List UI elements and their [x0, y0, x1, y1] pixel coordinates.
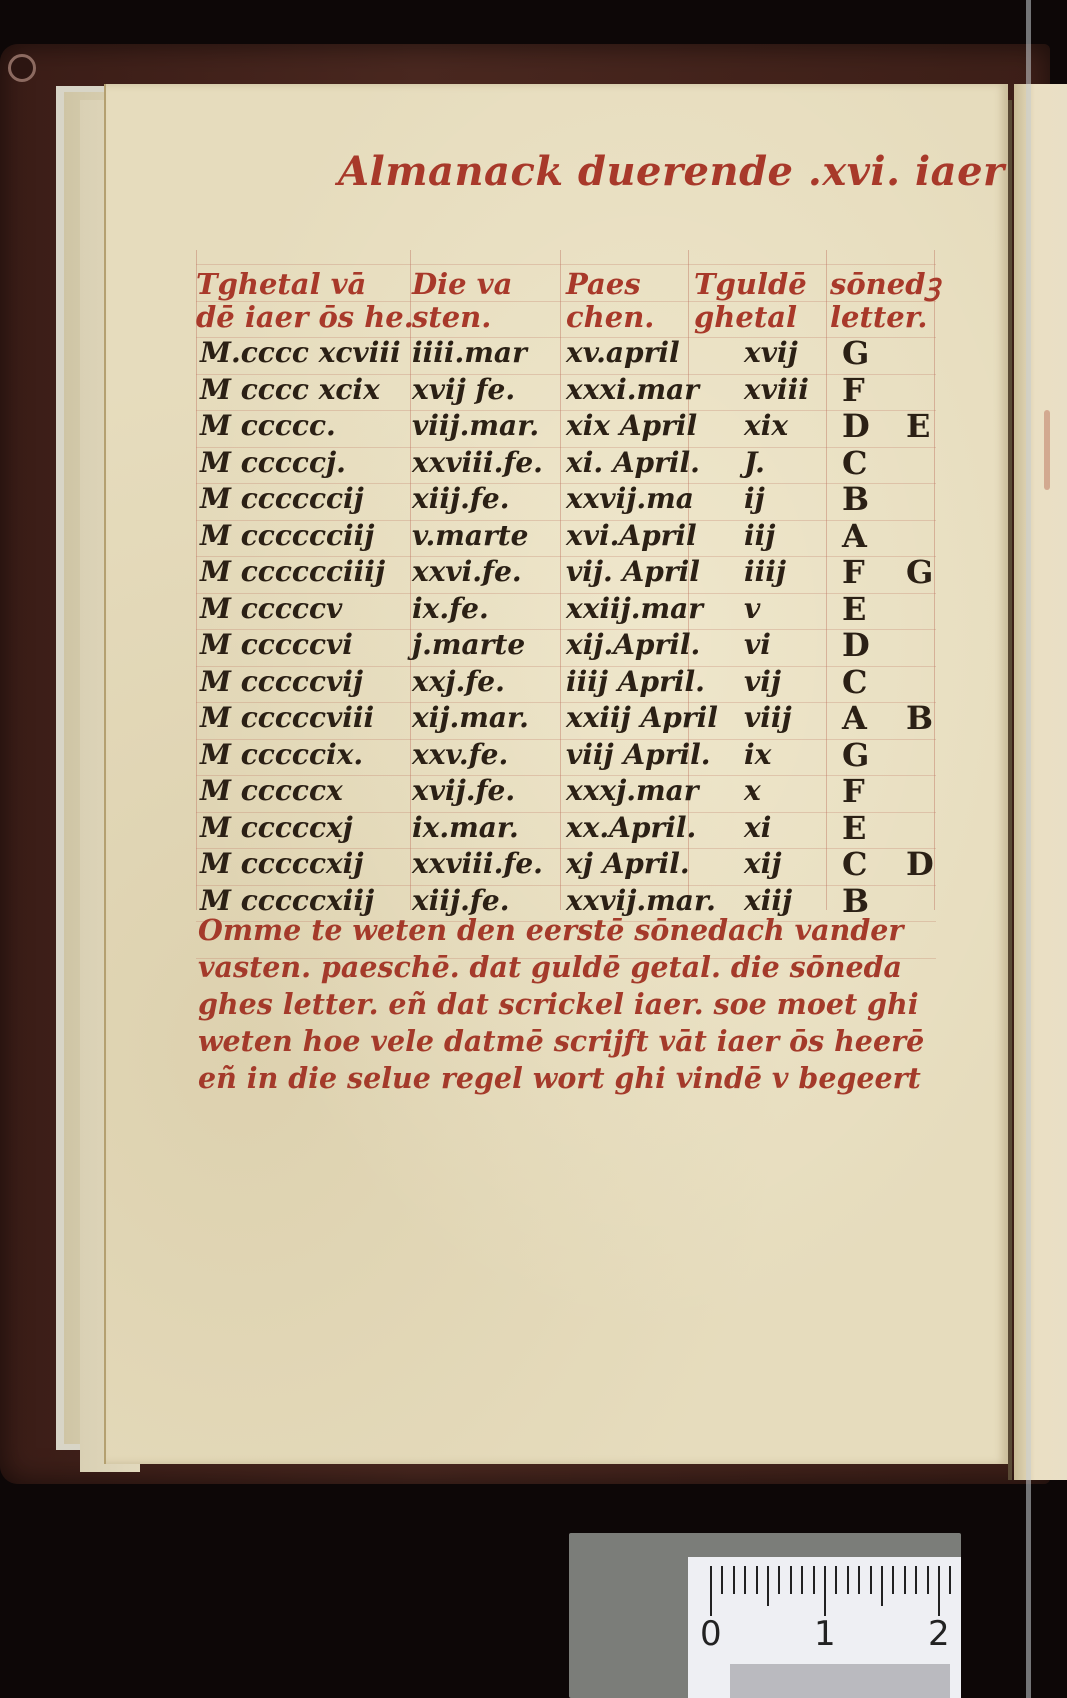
paragraph-line: vasten. paeschē. dat guldē getal. die sō…	[198, 949, 978, 986]
ruler-label-0: 0	[700, 1614, 722, 1654]
cell-easter: iiij April.	[566, 665, 705, 699]
cell-golden: v	[744, 592, 760, 626]
cell-year: M cccccxj	[200, 811, 353, 845]
cell-easter: xxxj.mar	[566, 774, 698, 808]
ruler-tick	[870, 1566, 872, 1594]
cell-golden: xij	[744, 847, 781, 881]
ruler-tick	[790, 1566, 792, 1594]
cell-golden: viij	[744, 701, 792, 735]
paragraph-line: ghes letter. eñ dat scrickel iaer. soe m…	[198, 986, 978, 1023]
cell-golden: vi	[744, 628, 771, 662]
cell-lent: ix.fe.	[412, 592, 489, 626]
cell-lent: ix.mar.	[412, 811, 519, 845]
cell-letter: B	[842, 482, 869, 516]
cell-golden: iij	[744, 519, 775, 553]
cell-letter: E	[842, 811, 866, 845]
column-header-line: Tghetal vā	[196, 268, 414, 301]
cell-letter: F	[842, 373, 865, 407]
ruler-tick	[904, 1566, 906, 1594]
cell-easter: xij.April.	[566, 628, 700, 662]
ruler-shadow	[730, 1664, 950, 1698]
ruler-tick	[927, 1566, 929, 1594]
ruler-tick	[778, 1566, 780, 1594]
cell-lent: xvij.fe.	[412, 774, 515, 808]
cell-letter: F	[842, 555, 865, 589]
cell-year: M cccccviii	[200, 701, 374, 735]
cell-easter: xxxi.mar	[566, 373, 699, 407]
cell-golden: xi	[744, 811, 771, 845]
ruler-tick	[915, 1566, 917, 1594]
ruler-tick	[892, 1566, 894, 1594]
cell-extra: G	[906, 555, 933, 589]
ruler-tick	[949, 1566, 951, 1594]
cell-year: M cccccciiij	[200, 555, 385, 589]
cell-lent: viij.mar.	[412, 409, 539, 443]
cell-letter: A	[842, 701, 867, 735]
column-header-line: ghetal	[694, 301, 807, 334]
ruler-tick	[813, 1566, 815, 1594]
cell-lent: iiii.mar	[412, 336, 527, 370]
cell-year: M cccc xcix	[200, 373, 380, 407]
cell-lent: xxv.fe.	[412, 738, 508, 772]
cell-lent: xiij.fe.	[412, 482, 509, 516]
cell-letter: G	[842, 336, 869, 370]
ruler-tick	[858, 1566, 860, 1594]
cell-year: M cccccx	[200, 774, 343, 808]
cell-letter: A	[842, 519, 867, 553]
ruler-tick	[801, 1566, 803, 1594]
paragraph-line: eñ in die selue regel wort ghi vindē v b…	[198, 1060, 978, 1097]
cell-easter: xx.April.	[566, 811, 696, 845]
cell-easter: xv.april	[566, 336, 680, 370]
cell-easter: xxiij.mar	[566, 592, 703, 626]
ruler-tick	[710, 1566, 712, 1616]
cell-golden: xix	[744, 409, 788, 443]
cell-easter: xvi.April	[566, 519, 697, 553]
cell-golden: iiij	[744, 555, 786, 589]
paragraph-line: weten hoe vele datmē scrijft vāt iaer ōs…	[198, 1023, 978, 1060]
cell-year: M cccccj.	[200, 446, 346, 480]
cell-lent: v.marte	[412, 519, 528, 553]
column-header: Die vasten.	[412, 268, 512, 334]
ruler-label-1: 1	[814, 1614, 836, 1654]
cell-lent: xxviii.fe.	[412, 847, 543, 881]
column-header-line: letter.	[830, 301, 940, 334]
cell-lent: xxvi.fe.	[412, 555, 522, 589]
page-title: Almanack duerende .xvi. iaer	[338, 148, 1005, 195]
ruler-tick	[881, 1566, 883, 1606]
cell-golden: x	[744, 774, 761, 808]
ruler-tick	[744, 1566, 746, 1594]
cell-letter: E	[842, 592, 866, 626]
cell-letter: G	[842, 738, 869, 772]
ruler-tick	[938, 1566, 940, 1616]
column-header-line: dē iaer ōs he.	[196, 301, 414, 334]
cell-extra: D	[906, 847, 934, 881]
ruler-tick	[824, 1566, 826, 1616]
column-header: Tguldēghetal	[694, 268, 807, 334]
ruler-tick	[835, 1566, 837, 1594]
cell-lent: xxviii.fe.	[412, 446, 543, 480]
cell-letter: C	[842, 847, 867, 881]
cell-golden: ij	[744, 482, 765, 516]
column-header-line: Paes	[566, 268, 654, 301]
cell-letter: C	[842, 665, 867, 699]
column-header-line: sten.	[412, 301, 512, 334]
cell-year: M.cccc xcviii	[200, 336, 401, 370]
binding-clasp-knob	[8, 54, 36, 82]
ruler-label-2: 2	[928, 1614, 950, 1654]
cell-year: M ccccccij	[200, 482, 364, 516]
cell-letter: D	[842, 628, 870, 662]
column-header: Paeschen.	[566, 268, 654, 334]
cell-extra: B	[906, 701, 933, 735]
cell-year: M cccccvij	[200, 665, 363, 699]
column-header-line: Tguldē	[694, 268, 807, 301]
cell-easter: xix April	[566, 409, 697, 443]
cell-lent: xvij fe.	[412, 373, 515, 407]
instruction-paragraph: Omme te weten den eerstē sōnedach vander…	[198, 912, 978, 1097]
ruler-tick	[721, 1566, 723, 1594]
glass-plate-edge	[1026, 0, 1031, 1698]
cell-year: M cccccvi	[200, 628, 353, 662]
gutter	[1008, 100, 1012, 1480]
ruling-line-horizontal	[196, 264, 936, 265]
cell-letter: C	[842, 446, 867, 480]
cell-easter: viij April.	[566, 738, 711, 772]
cell-letter: F	[842, 774, 865, 808]
cell-year: M ccccc.	[200, 409, 336, 443]
cell-year: M cccccciij	[200, 519, 374, 553]
cell-easter: vij. April	[566, 555, 700, 589]
ruler-tick	[767, 1566, 769, 1606]
column-header-line: Die va	[412, 268, 512, 301]
cell-lent: j.marte	[412, 628, 525, 662]
column-header-line: sōnedꝫ	[830, 268, 940, 301]
cell-golden: xviii	[744, 373, 809, 407]
column-header: Tghetal vādē iaer ōs he.	[196, 268, 414, 334]
cell-golden: vij	[744, 665, 781, 699]
cell-letter: D	[842, 409, 870, 443]
cell-easter: xi. April.	[566, 446, 700, 480]
cell-extra: E	[906, 409, 930, 443]
cell-lent: xij.mar.	[412, 701, 529, 735]
facing-page-rubric-trace	[1044, 410, 1050, 490]
cell-year: M cccccix.	[200, 738, 363, 772]
cell-year: M cccccv	[200, 592, 342, 626]
facing-page-edge	[1014, 84, 1067, 1480]
cell-year: M cccccxij	[200, 847, 363, 881]
paragraph-line: Omme te weten den eerstē sōnedach vander	[198, 912, 978, 949]
ruler-tick	[847, 1566, 849, 1594]
cell-easter: xxvij.ma	[566, 482, 694, 516]
cell-lent: xxj.fe.	[412, 665, 505, 699]
cell-easter: xj April.	[566, 847, 690, 881]
column-header: sōnedꝫletter.	[830, 268, 940, 334]
ruler-tick	[733, 1566, 735, 1594]
ruler-tick	[756, 1566, 758, 1594]
cell-golden: J.	[744, 446, 765, 480]
cell-easter: xxiij April	[566, 701, 718, 735]
cell-golden: ix	[744, 738, 771, 772]
column-header-line: chen.	[566, 301, 654, 334]
cell-golden: xvij	[744, 336, 798, 370]
